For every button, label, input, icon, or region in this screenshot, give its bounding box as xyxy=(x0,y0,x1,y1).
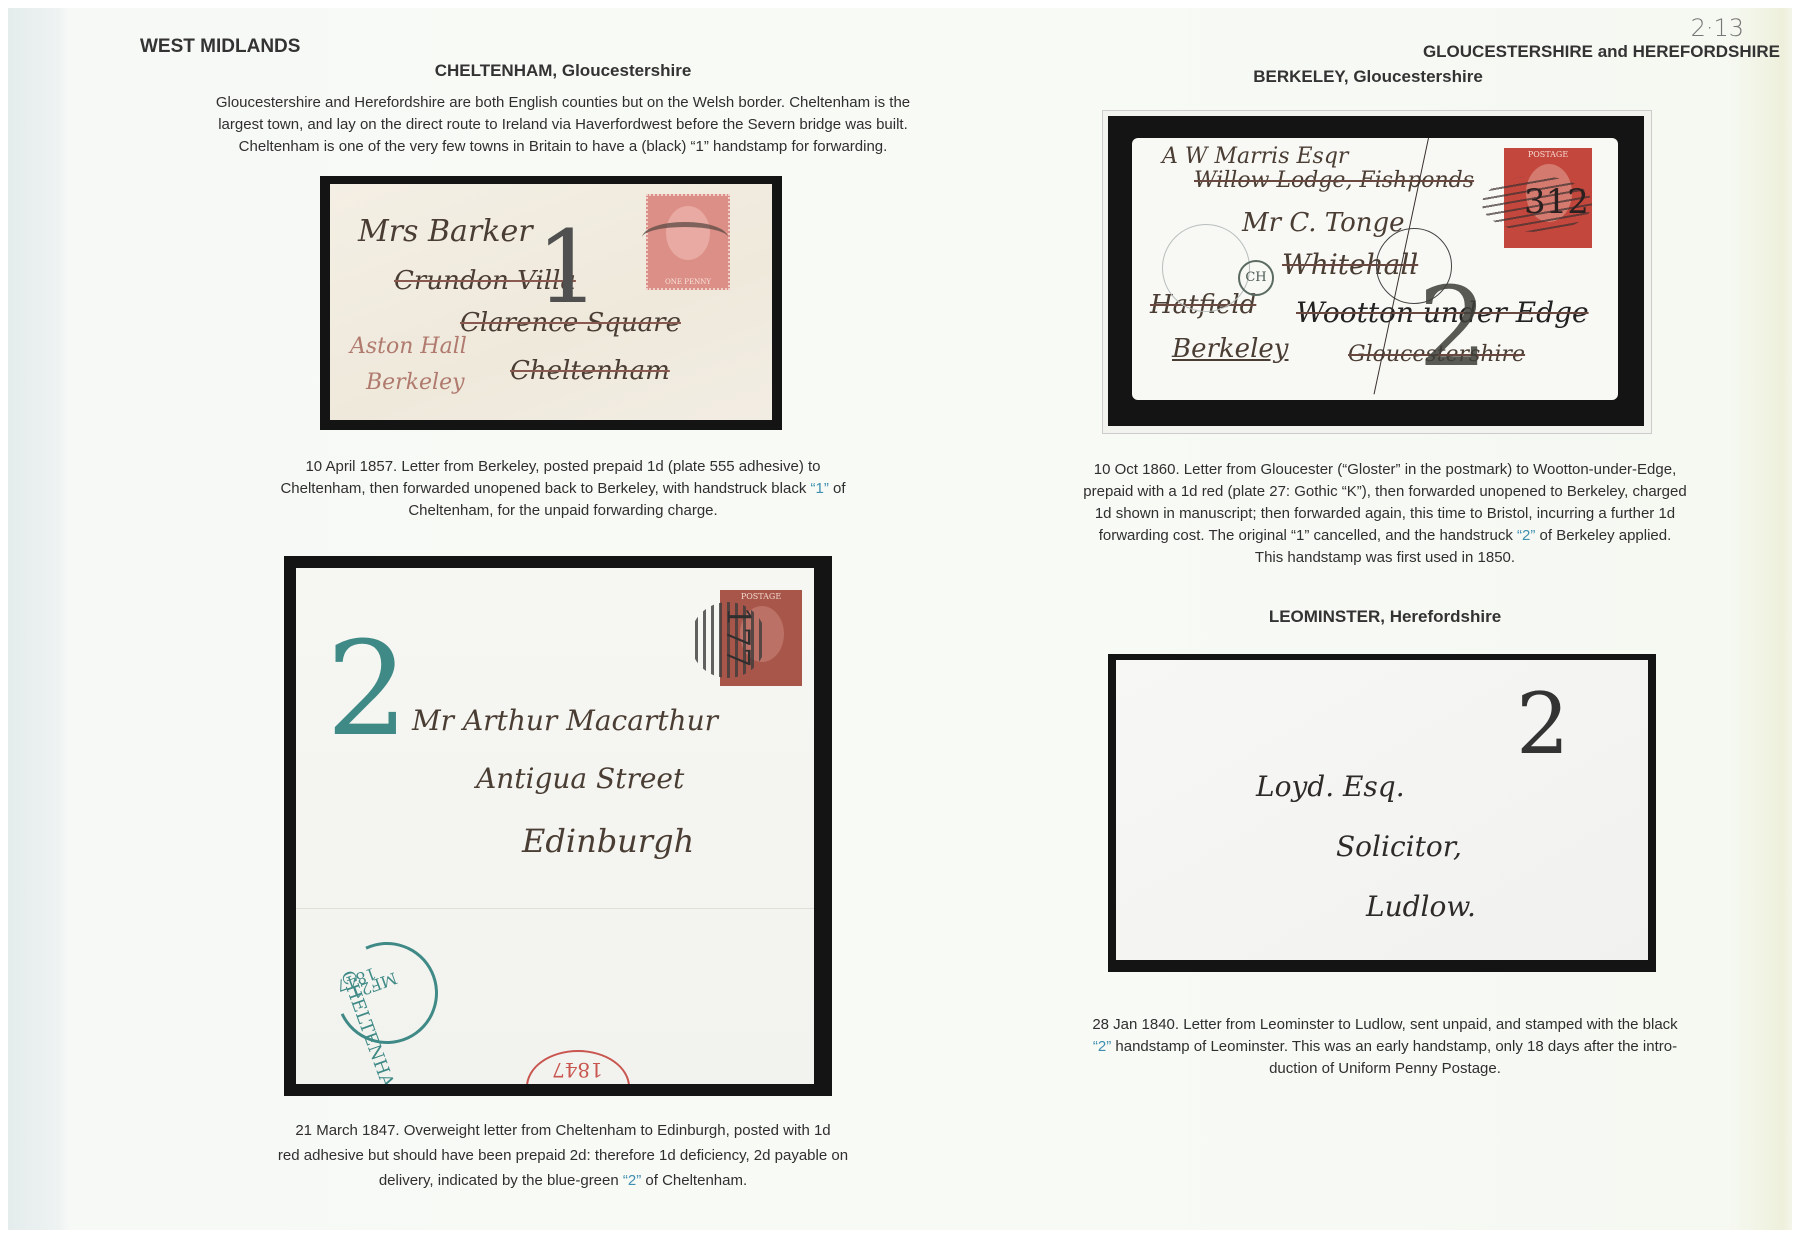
region-heading: WEST MIDLANDS xyxy=(140,36,300,58)
redirect-line: Aston Hall xyxy=(350,334,467,359)
cheltenham-heading: CHELTENHAM, Gloucestershire xyxy=(148,60,978,82)
address-line: Mr Arthur Macarthur xyxy=(412,704,718,737)
cover-loyd: 2 Loyd. Esq. Solicitor, Ludlow. xyxy=(1108,654,1656,972)
address-line: Ludlow. xyxy=(1366,890,1476,923)
address-line: Cheltenham xyxy=(510,356,670,386)
redirect-line: Berkeley xyxy=(1172,334,1288,364)
address-line: Antigua Street xyxy=(476,762,684,795)
handstamp-2: 2 xyxy=(1516,682,1569,766)
address-line: Solicitor, xyxy=(1336,830,1462,863)
cancel-mark xyxy=(642,222,728,253)
album-page: WEST MIDLANDS GLOUCESTERSHIRE and HEREFO… xyxy=(8,8,1792,1230)
handstamp-1: 1 xyxy=(536,218,600,318)
address-line: A W Marris Esqr xyxy=(1162,144,1348,169)
penny-red-stamp: ONE PENNY xyxy=(646,194,730,290)
berkeley-datestamp xyxy=(1162,224,1250,312)
address-line: Willow Lodge, Fishponds xyxy=(1194,168,1474,193)
cover-barker: ONE PENNY Mrs Barker Crundon Villa Clare… xyxy=(320,176,782,430)
leominster-heading: LEOMINSTER, Herefordshire xyxy=(1040,606,1730,628)
address-line: Edinburgh xyxy=(522,822,694,860)
county-heading: GLOUCESTERSHIRE and HEREFORDSHIRE xyxy=(1423,41,1780,63)
cover-tonge: POSTAGE 312 A W Marris Esqr Willow Lodge… xyxy=(1108,116,1644,426)
handstamp-2: 2 xyxy=(1418,272,1488,382)
ch-mark: CH xyxy=(1238,260,1274,296)
berkeley-heading: BERKELEY, Gloucestershire xyxy=(1040,66,1696,88)
cover-macarthur: POSTAGE 177 2 Mr Arthur Macarthur Antigu… xyxy=(284,556,832,1096)
page-number: 2·13 xyxy=(1691,14,1744,42)
redirect-line: Berkeley xyxy=(366,370,465,395)
address-line: Mr C. Tonge xyxy=(1242,208,1405,238)
address-line: Mrs Barker xyxy=(358,214,533,249)
address-line: Loyd. Esq. xyxy=(1256,770,1405,803)
handstamp-2: 2 xyxy=(326,624,409,754)
